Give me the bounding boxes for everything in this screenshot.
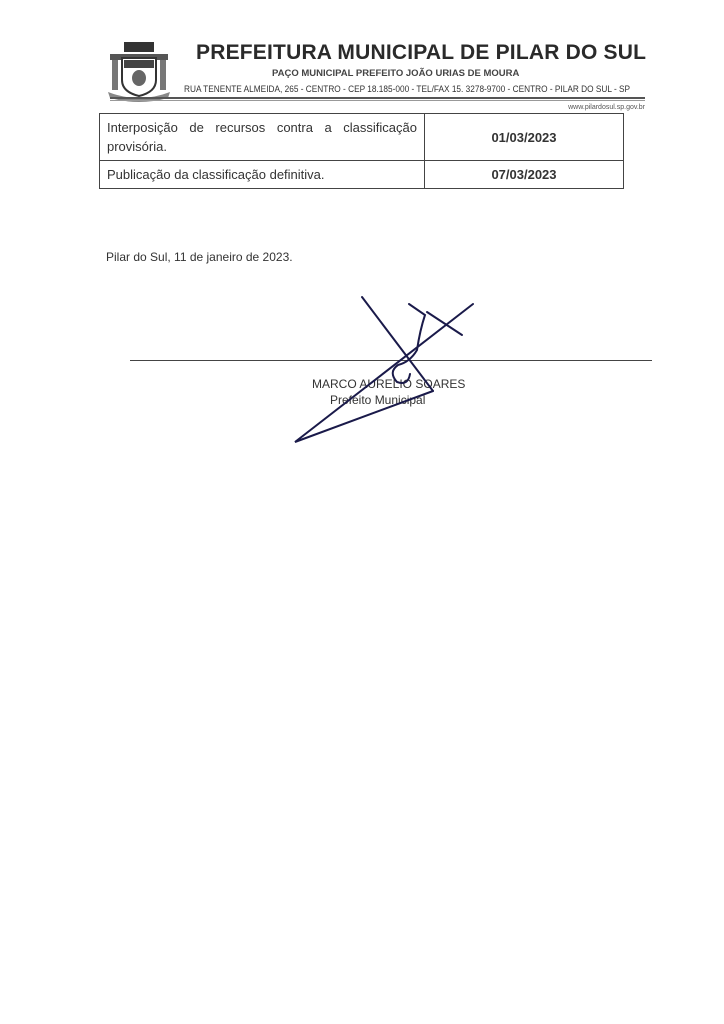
address: RUA TENENTE ALMEIDA, 265 - CENTRO - CEP … — [184, 84, 630, 94]
row-date: 01/03/2023 — [425, 114, 624, 161]
header-divider — [110, 97, 645, 99]
row-date: 07/03/2023 — [425, 161, 624, 189]
page-title: PREFEITURA MUNICIPAL DE PILAR DO SUL — [196, 41, 646, 65]
schedule-table: Interposição de recursos contra a classi… — [99, 113, 624, 189]
website-link[interactable]: www.pilardosul.sp.gov.br — [568, 104, 645, 111]
row-description: Interposição de recursos contra a classi… — [100, 114, 425, 161]
signature-icon — [280, 290, 480, 450]
header-divider-thin — [110, 100, 645, 101]
place-date: Pilar do Sul, 11 de janeiro de 2023. — [106, 250, 293, 264]
coat-of-arms-icon — [104, 40, 174, 102]
row-description: Publicação da classificação definitiva. — [100, 161, 425, 189]
subtitle: PAÇO MUNICIPAL PREFEITO JOÃO URIAS DE MO… — [272, 68, 519, 79]
table-row: Interposição de recursos contra a classi… — [100, 114, 624, 161]
table-row: Publicação da classificação definitiva. … — [100, 161, 624, 189]
